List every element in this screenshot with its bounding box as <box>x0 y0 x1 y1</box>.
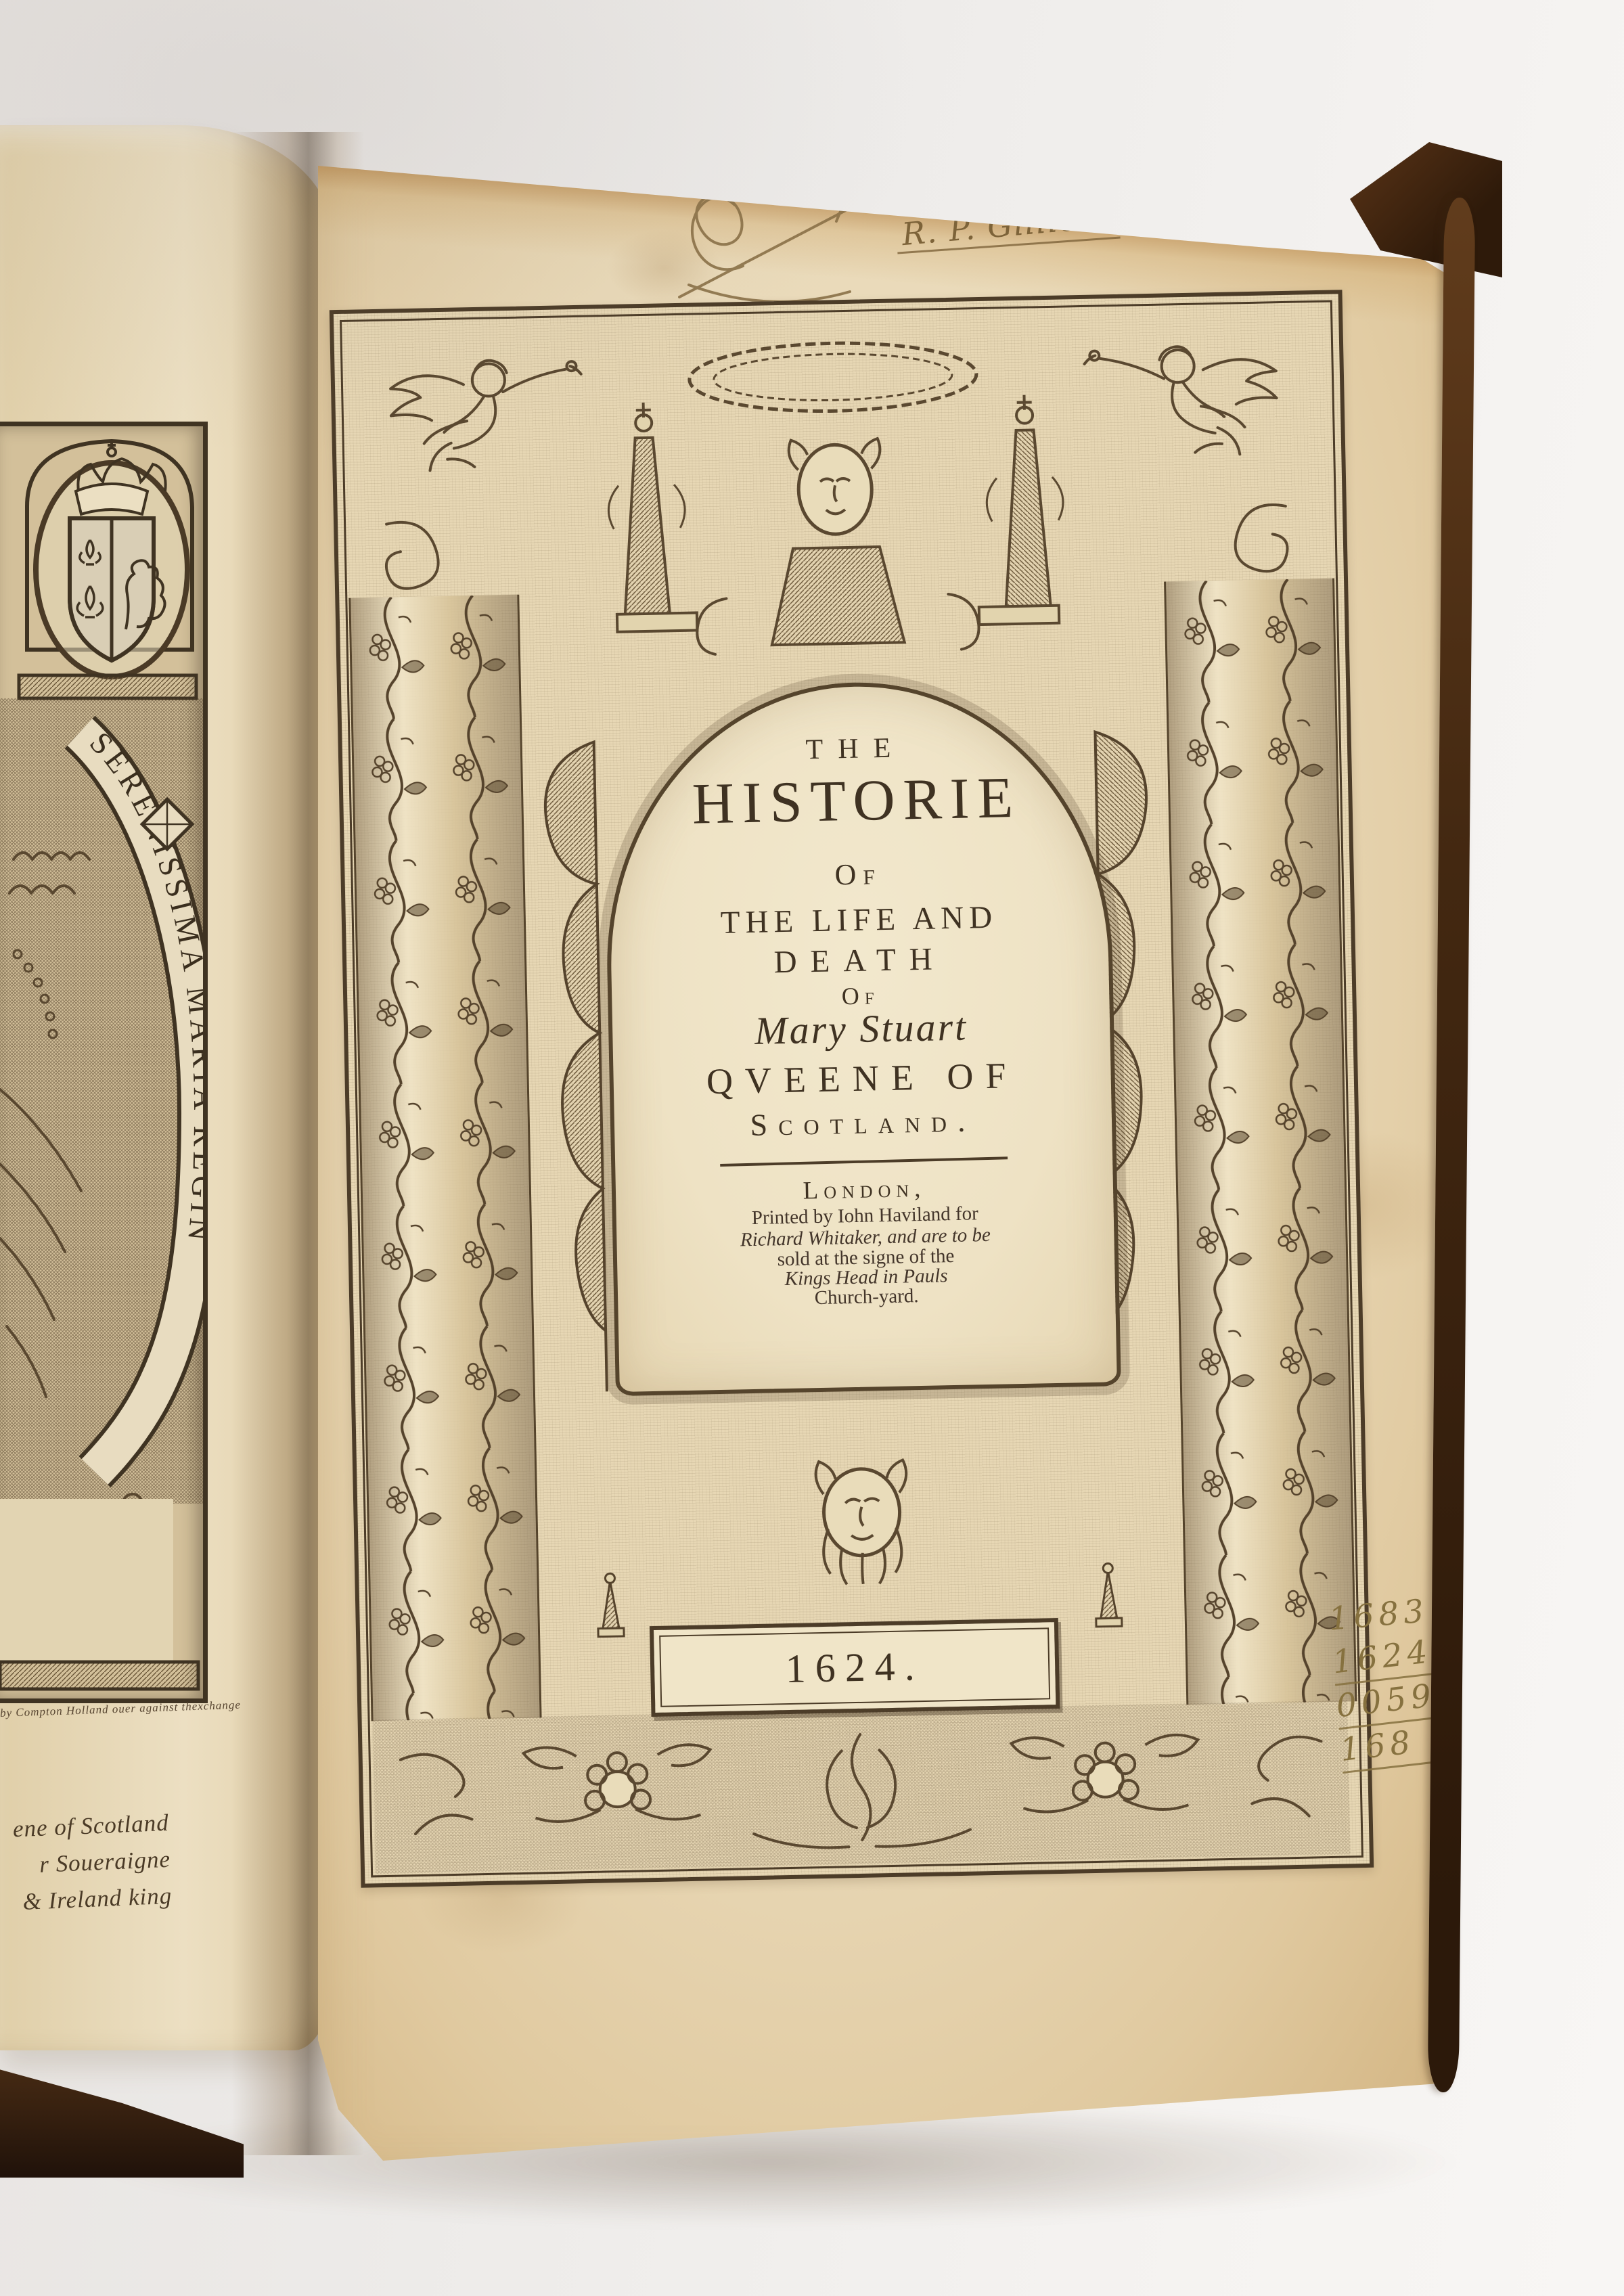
title-line-death: DEATH <box>611 937 1109 984</box>
ledge <box>19 675 196 698</box>
title-line-historie: HISTORIE <box>608 761 1106 839</box>
title-cartouche: THE HISTORIE Of THE LIFE AND DEATH Of Ma… <box>602 677 1121 1396</box>
title-line-queene-of: QVEENE OF <box>613 1052 1111 1104</box>
left-column-grapevine <box>348 595 541 1721</box>
obelisk-icon <box>606 402 697 632</box>
plate-bottom-frame <box>0 1662 198 1689</box>
title-line-of: Of <box>609 852 1107 897</box>
title-line-scotland: Scotland. <box>614 1100 1112 1146</box>
laurel-wreath-icon <box>570 338 1096 417</box>
right-column-grapevine <box>1164 579 1357 1705</box>
imprint-year: 1624. <box>654 1622 1056 1713</box>
angel-putto-icon <box>390 359 578 471</box>
photograph-of-open-book: SERENISSIMA MARIA REGIN <box>0 0 1624 2296</box>
woodcut-border-frame: THE HISTORIE Of THE LIFE AND DEATH Of Ma… <box>330 290 1374 1888</box>
crossed-out-inscription <box>670 164 893 320</box>
frontispiece-engraving: SERENISSIMA MARIA REGIN <box>0 422 208 1703</box>
title-line-mary-stuart: Mary Stuart <box>612 1001 1110 1056</box>
finial-icon <box>1084 1561 1133 1636</box>
caption-panel <box>0 1499 173 1661</box>
title-rule <box>720 1156 1008 1167</box>
bearded-mask-icon <box>803 1453 921 1590</box>
left-strapwork <box>519 728 621 1406</box>
script-line: & Ireland king <box>1 1878 173 1922</box>
finial-icon <box>586 1571 635 1646</box>
title-page: R. P. Gillies. <box>318 145 1472 2182</box>
bottom-frieze <box>373 1700 1351 1874</box>
mask-face-icon <box>768 438 905 645</box>
frontispiece-script-caption: ene of Scotland r Soueraigne & Ireland k… <box>0 1805 173 1921</box>
date-tablet: 1624. <box>650 1618 1060 1717</box>
title-line-life-and: THE LIFE AND <box>610 897 1108 943</box>
